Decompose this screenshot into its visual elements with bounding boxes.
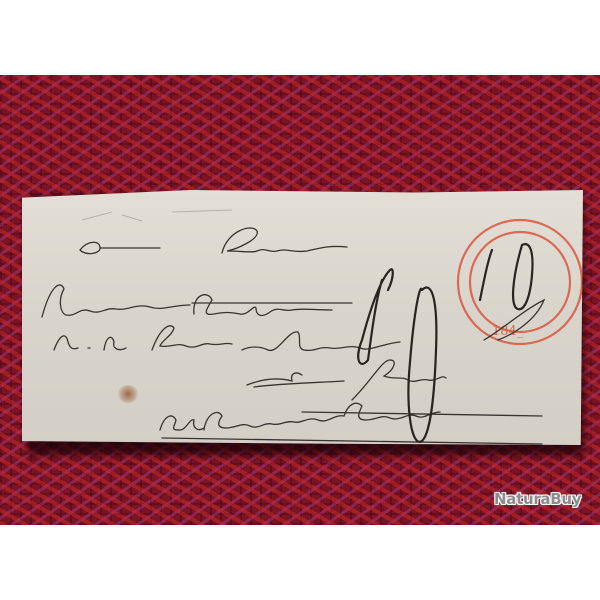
product-photo: 184_ <box>0 75 600 525</box>
letter-cover: 184_ <box>22 190 583 445</box>
letter-handwriting: 184_ <box>22 190 583 445</box>
red-postmark: 184_ <box>458 220 582 344</box>
watermark-logo: NaturaBuy <box>494 490 581 508</box>
